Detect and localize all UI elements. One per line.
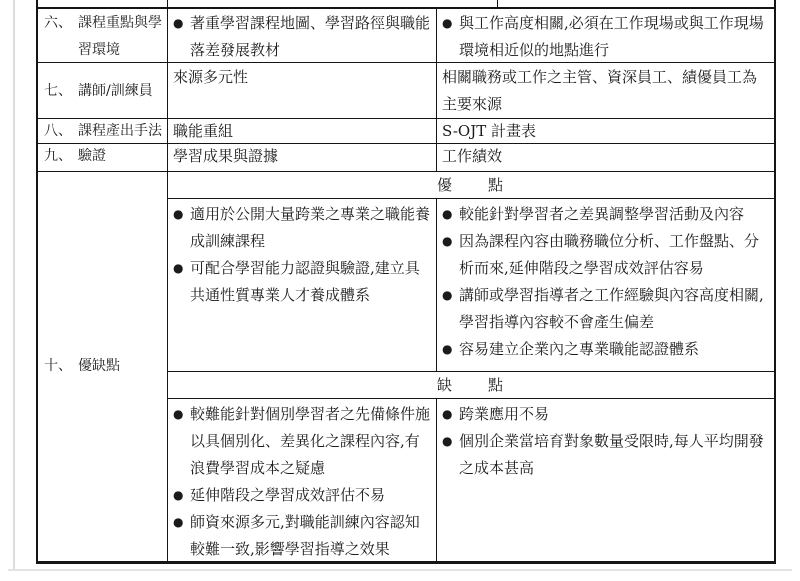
row-9-col3-cell: 工作績效 [437,144,774,171]
row-6-col2-cell: ● 著重學習課程地圖、學習路徑與職能落差發展教材 [168,9,437,62]
pros-right-item: 較能針對學習者之差異調整學習活動及內容 [459,201,770,228]
previous-row-sliver [38,0,774,9]
scanned-document-page: 六、 課程重點與學習環境 ● 著重學習課程地圖、學習路徑與職能落差發展教材 ● … [0,0,800,581]
page-edge-line-left [13,0,15,570]
bullet-icon: ● [442,401,459,428]
table-row-8: 八、 課程產出手法 職能重組 S-OJT 計畫表 [38,119,774,144]
pros-header: 優 點 [168,172,774,199]
cons-left-item: 延伸階段之學習成效評估不易 [190,482,432,509]
row-6-label: 課程重點與學習環境 [78,10,164,63]
table-row-6: 六、 課程重點與學習環境 ● 著重學習課程地圖、學習路徑與職能落差發展教材 ● … [38,9,774,63]
row-6-label-cell: 六、 課程重點與學習環境 [38,9,168,62]
bullet-icon: ● [173,509,190,561]
row-8-number: 八、 [44,120,78,142]
pros-left-item: 可配合學習能力認證與驗證,建立具共通性質專業人才養成體系 [190,255,432,309]
page-edge-line-bottom [8,569,792,571]
row-7-number: 七、 [44,78,78,105]
cons-right-item: 跨業應用不易 [459,401,770,428]
pros-right-cell: ● 較能針對學習者之差異調整學習活動及內容 ● 因為課程內容由職務職位分析、工作… [437,199,774,371]
bullet-icon: ● [173,255,190,309]
row-9-col2-text: 學習成果與證據 [173,147,278,165]
row-7-col2-cell: 來源多元性 [168,63,437,118]
row-6-col2-text: 著重學習課程地圖、學習路徑與職能落差發展教材 [190,10,432,63]
bullet-icon: ● [173,201,190,255]
pros-right-item: 因為課程內容由職務職位分析、工作盤點、分析而來,延伸階段之學習成效評估容易 [459,228,770,282]
row-8-col2-cell: 職能重組 [168,119,437,143]
row-9-col2-cell: 學習成果與證據 [168,144,437,171]
sliver-cell [168,0,498,7]
row-8-label: 課程產出手法 [78,120,164,142]
pros-right-item: 講師或學習指導者之工作經驗與內容高度相關,學習指導內容較不會產生偏差 [459,282,770,336]
cons-row: ● 較難能針對個別學習者之先備條件施以具個別化、差異化之課程內容,有浪費學習成本… [168,399,774,561]
row-8-col3-cell: S-OJT 計畫表 [437,119,774,143]
bullet-icon: ● [442,336,459,363]
row-9-label: 驗證 [78,145,164,167]
row-6-col3-text: 與工作高度相關,必須在工作現場或與工作現場環境相近似的地點進行 [459,10,770,63]
row-10-label-cell: 十、 優缺點 [38,172,168,561]
cons-right-item: 個別企業當培育對象數量受限時,每人平均開發之成本甚高 [459,428,770,482]
row-7-col2-text: 來源多元性 [173,68,248,86]
bullet-icon: ● [173,482,190,509]
bullet-icon: ● [442,228,459,282]
row-9-col3-text: 工作績效 [442,147,502,165]
row-10-content: 優 點 ● 適用於公開大量跨業之專業之職能養成訓練課程 ● 可配合學習能力認證與… [168,172,774,561]
cons-left-item: 師資來源多元,對職能訓練內容認知較難一致,影響學習指導之效果 [190,509,432,561]
row-6-col3-cell: ● 與工作高度相關,必須在工作現場或與工作現場環境相近似的地點進行 [437,9,774,62]
cons-right-cell: ● 跨業應用不易 ● 個別企業當培育對象數量受限時,每人平均開發之成本甚高 [437,399,774,561]
bullet-icon: ● [442,282,459,336]
row-7-label-cell: 七、 講師/訓練員 [38,63,168,118]
sliver-cell [38,0,168,7]
row-10-number: 十、 [44,353,78,380]
table-row-7: 七、 講師/訓練員 來源多元性 相關職務或工作之主管、資深員工、績優員工為主要來… [38,63,774,119]
pros-left-item: 適用於公開大量跨業之專業之職能養成訓練課程 [190,201,432,255]
bullet-icon: ● [442,428,459,482]
row-6-number: 六、 [44,10,78,37]
table-row-9: 九、 驗證 學習成果與證據 工作績效 [38,144,774,172]
comparison-table: 六、 課程重點與學習環境 ● 著重學習課程地圖、學習路徑與職能落差發展教材 ● … [36,0,776,564]
row-8-col3-text: S-OJT 計畫表 [442,122,536,140]
pros-left-cell: ● 適用於公開大量跨業之專業之職能養成訓練課程 ● 可配合學習能力認證與驗證,建… [168,199,437,371]
bullet-icon: ● [442,201,459,228]
cons-left-item: 較難能針對個別學習者之先備條件施以具個別化、差異化之課程內容,有浪費學習成本之疑… [190,401,432,482]
cons-header: 缺 點 [168,372,774,399]
row-9-number: 九、 [44,145,78,167]
row-7-label: 講師/訓練員 [78,78,153,105]
bullet-icon: ● [173,401,190,482]
bullet-icon: ● [442,10,459,63]
sliver-cell [498,0,774,7]
row-8-label-cell: 八、 課程產出手法 [38,119,168,143]
pros-right-item: 容易建立企業內之專業職能認證體系 [459,336,770,363]
row-7-col3-text: 相關職務或工作之主管、資深員工、績優員工為主要來源 [442,68,757,113]
row-10-label: 優缺點 [78,353,120,380]
row-9-label-cell: 九、 驗證 [38,144,168,171]
row-8-col2-text: 職能重組 [173,122,233,140]
cons-left-cell: ● 較難能針對個別學習者之先備條件施以具個別化、差異化之課程內容,有浪費學習成本… [168,399,437,561]
bullet-icon: ● [173,10,190,63]
pros-row: ● 適用於公開大量跨業之專業之職能養成訓練課程 ● 可配合學習能力認證與驗證,建… [168,199,774,372]
row-7-col3-cell: 相關職務或工作之主管、資深員工、績優員工為主要來源 [437,63,774,118]
table-row-10: 十、 優缺點 優 點 ● 適用於公開大量跨業之專業之職能養成訓練課程 ● 可配合… [38,172,774,561]
